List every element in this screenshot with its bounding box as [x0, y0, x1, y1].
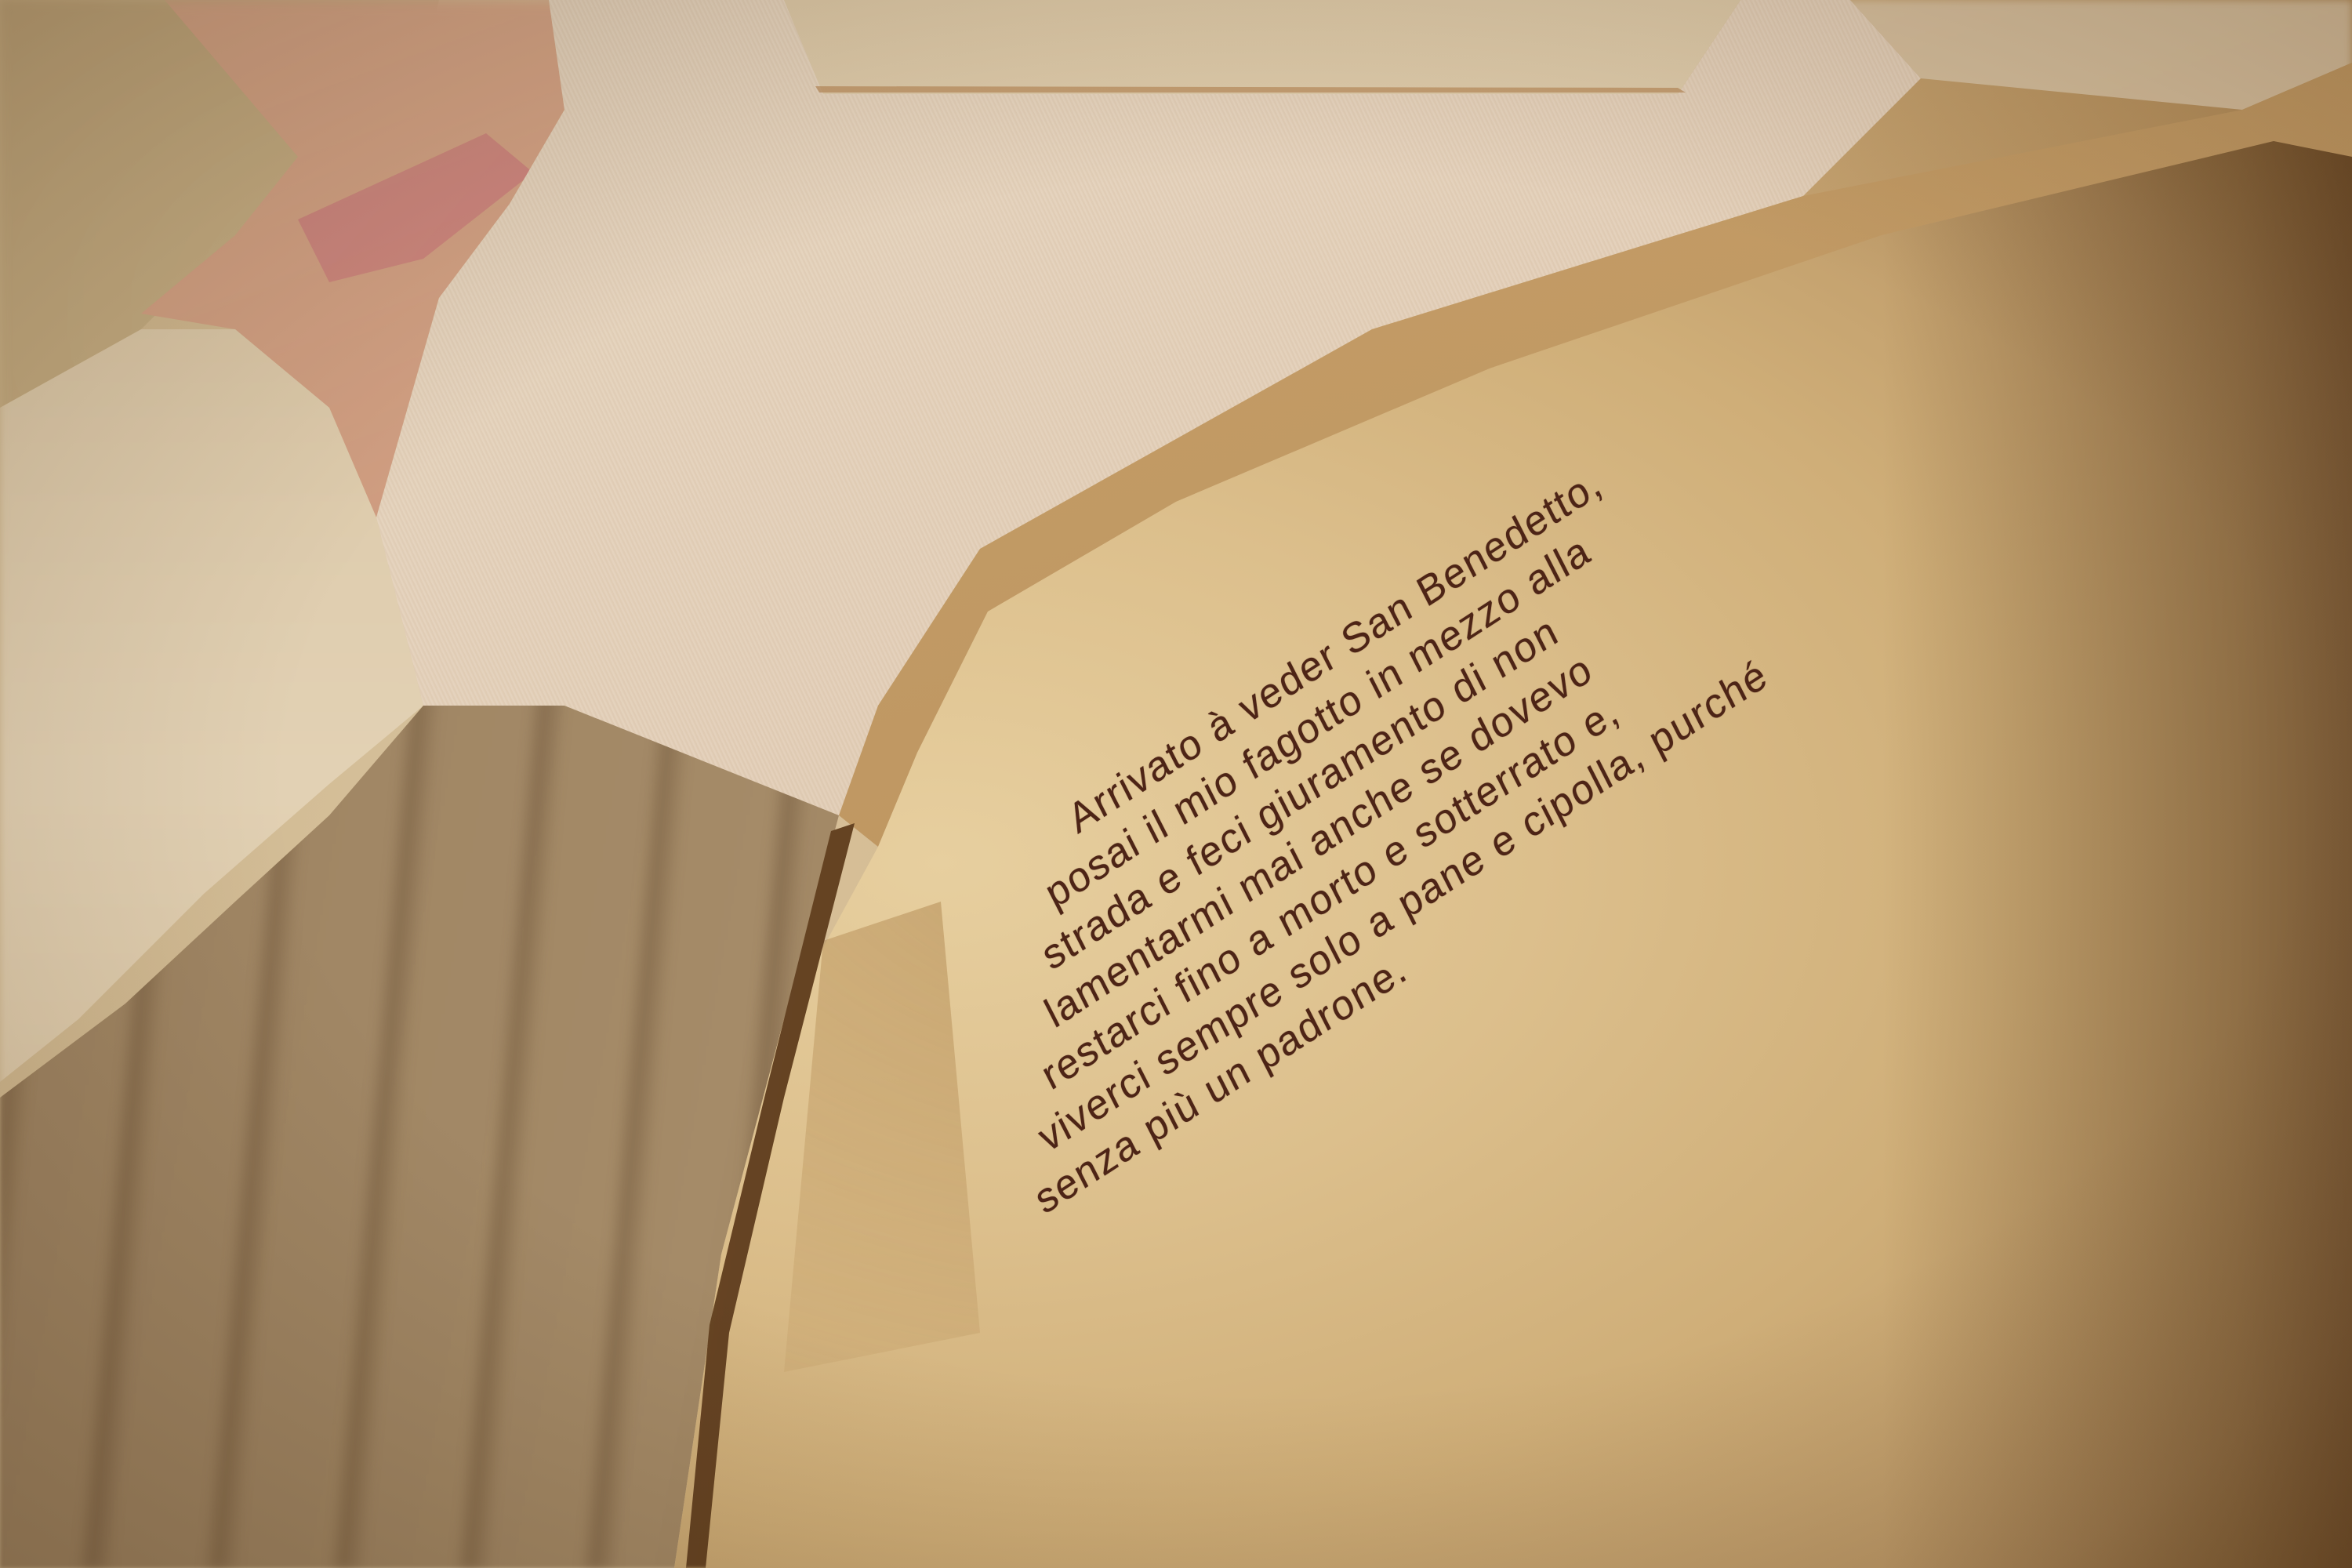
quilt-photo: Arrivato à veder San Benedetto, posai il… [0, 0, 2352, 1568]
